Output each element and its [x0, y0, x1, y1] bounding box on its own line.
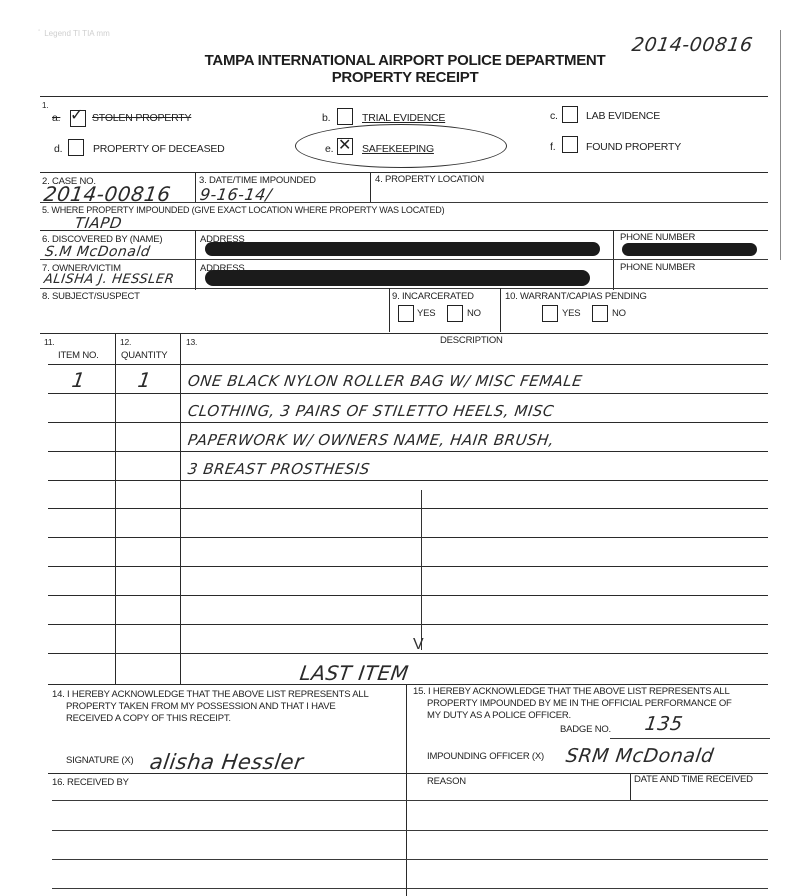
- option-b-letter: b.: [322, 112, 330, 124]
- divider-vertical: [195, 172, 196, 202]
- impounding-officer-label: IMPOUNDING OFFICER (X): [427, 751, 544, 762]
- checkbox-property-of-deceased[interactable]: [68, 139, 84, 156]
- warrant-yes-label: YES: [562, 308, 580, 319]
- ack15-line3: MY DUTY AS A POLICE OFFICER.: [427, 710, 571, 721]
- divider-vertical: [500, 288, 501, 332]
- checkbox-lab-evidence[interactable]: [562, 106, 578, 123]
- row-line: [52, 800, 768, 801]
- row-line: [48, 480, 768, 481]
- row-line: [48, 451, 768, 452]
- faint-header-text: ﾟ Legend TI TIA mm: [38, 28, 110, 39]
- divider: [40, 333, 768, 334]
- option-b-label: TRIAL EVIDENCE: [362, 112, 445, 124]
- checkbox-trial-evidence[interactable]: [337, 108, 353, 125]
- option-d-letter: d.: [54, 143, 62, 155]
- ack14-line2: PROPERTY TAKEN FROM MY POSSESSION AND TH…: [66, 701, 335, 712]
- incarcerated-no-label: NO: [467, 308, 481, 319]
- subject-suspect-label: 8. SUBJECT/SUSPECT: [42, 291, 140, 302]
- signature-value[interactable]: alisha Hessler: [148, 750, 305, 774]
- last-item-note: LAST ITEM: [298, 661, 410, 685]
- row-line: [48, 422, 768, 423]
- col-desc-header: DESCRIPTION: [440, 335, 503, 346]
- badge-no-value[interactable]: 135: [643, 713, 684, 735]
- row-line: [52, 859, 768, 860]
- divider-vertical-bottom: [406, 684, 407, 896]
- option-f-label: FOUND PROPERTY: [586, 141, 681, 153]
- row-3-description: PAPERWORK W/ OWNERS NAME, HAIR BRUSH,: [187, 431, 556, 449]
- checkbox-warrant-yes[interactable]: [542, 305, 558, 322]
- page-subtitle: PROPERTY RECEIPT: [150, 69, 660, 86]
- redacted-address-1: [205, 242, 600, 256]
- check-mark-icon: ✓: [70, 109, 83, 123]
- divider-vertical: [389, 288, 390, 332]
- option-d-label: PROPERTY OF DECEASED: [93, 143, 225, 155]
- divider-vertical: [630, 773, 631, 801]
- column-divider-qty: [180, 333, 181, 685]
- option-f-letter: f.: [550, 141, 555, 153]
- arrow-line: [421, 490, 422, 650]
- page-title: TAMPA INTERNATIONAL AIRPORT POLICE DEPAR…: [150, 52, 660, 69]
- x-mark-icon: ✕: [338, 139, 351, 153]
- divider-vertical: [613, 230, 614, 290]
- option-a-letter: a.: [52, 112, 60, 124]
- badge-underline: [610, 738, 770, 739]
- col-item-header: ITEM NO.: [58, 350, 99, 361]
- option-c-label: LAB EVIDENCE: [586, 110, 660, 122]
- date-time-received-label: DATE AND TIME RECEIVED: [634, 774, 753, 785]
- col-qty-number: 12.: [120, 337, 131, 347]
- row-line: [52, 830, 768, 831]
- divider-top: [40, 96, 768, 97]
- divider: [40, 202, 768, 203]
- row-line: [48, 393, 768, 394]
- owner-phone-label: PHONE NUMBER: [620, 262, 695, 273]
- incarcerated-label: 9. INCARCERATED: [392, 291, 474, 302]
- reason-label: REASON: [427, 776, 466, 787]
- badge-no-label: BADGE NO.: [560, 724, 611, 735]
- option-e-letter: e.: [325, 143, 333, 155]
- warrant-no-label: NO: [612, 308, 626, 319]
- row-line: [52, 888, 768, 889]
- checkbox-incarcerated-yes[interactable]: [398, 305, 414, 322]
- option-c-letter: c.: [550, 110, 558, 122]
- incarcerated-yes-label: YES: [417, 308, 435, 319]
- row-line: [48, 508, 768, 509]
- col-qty-header: QUANTITY: [121, 350, 167, 361]
- checkbox-incarcerated-no[interactable]: [447, 305, 463, 322]
- property-location-label: 4. PROPERTY LOCATION: [375, 174, 484, 185]
- ack14-line1: 14. I HEREBY ACKNOWLEDGE THAT THE ABOVE …: [52, 689, 369, 700]
- impounding-officer-value[interactable]: SRM McDonald: [564, 745, 715, 767]
- discovered-phone-label: PHONE NUMBER: [620, 232, 695, 243]
- owner-victim-value[interactable]: ALISHA J. HESSLER: [43, 272, 175, 287]
- row-4-description: 3 BREAST PROSTHESIS: [187, 460, 371, 478]
- ack14-line3: RECEIVED A COPY OF THIS RECEIPT.: [66, 713, 231, 724]
- ack15-line1: 15. I HEREBY ACKNOWLEDGE THAT THE ABOVE …: [413, 686, 730, 697]
- row-1-qty: 1: [136, 368, 153, 392]
- warrant-label: 10. WARRANT/CAPIAS PENDING: [505, 291, 647, 302]
- page-right-edge: [780, 30, 781, 260]
- row-line: [48, 595, 768, 596]
- divider: [40, 259, 768, 260]
- divider-vertical: [370, 172, 371, 202]
- redacted-phone-1: [622, 243, 757, 256]
- ack15-line2: PROPERTY IMPOUNDED BY ME IN THE OFFICIAL…: [427, 698, 732, 709]
- row-1-description: ONE BLACK NYLON ROLLER BAG W/ MISC FEMAL…: [187, 372, 584, 390]
- column-divider-item: [115, 333, 116, 685]
- checkbox-warrant-no[interactable]: [592, 305, 608, 322]
- divider: [48, 684, 768, 685]
- checkbox-found-property[interactable]: [562, 136, 578, 153]
- divider: [40, 288, 768, 289]
- option-e-label: SAFEKEEPING: [362, 143, 434, 155]
- row-1-item: 1: [70, 368, 87, 392]
- arrow-down-icon: V: [413, 636, 424, 654]
- option-a-label: STOLEN PROPERTY: [92, 112, 191, 124]
- col-desc-number: 13.: [186, 337, 197, 347]
- col-item-number: 11.: [44, 337, 55, 347]
- section1-number: 1.: [42, 101, 48, 110]
- divider-vertical: [195, 230, 196, 290]
- signature-label: SIGNATURE (X): [66, 755, 133, 766]
- row-2-description: CLOTHING, 3 PAIRS OF STILETTO HEELS, MIS…: [187, 402, 556, 420]
- discovered-by-value[interactable]: S.M McDonald: [44, 244, 151, 260]
- redacted-address-2: [205, 270, 590, 286]
- divider: [40, 230, 768, 231]
- row-line: [48, 653, 768, 654]
- row-line: [48, 364, 768, 365]
- row-line: [48, 566, 768, 567]
- row-line: [48, 624, 768, 625]
- row-line: [48, 537, 768, 538]
- divider-section1: [40, 172, 768, 173]
- received-by-label: 16. RECEIVED BY: [52, 777, 129, 788]
